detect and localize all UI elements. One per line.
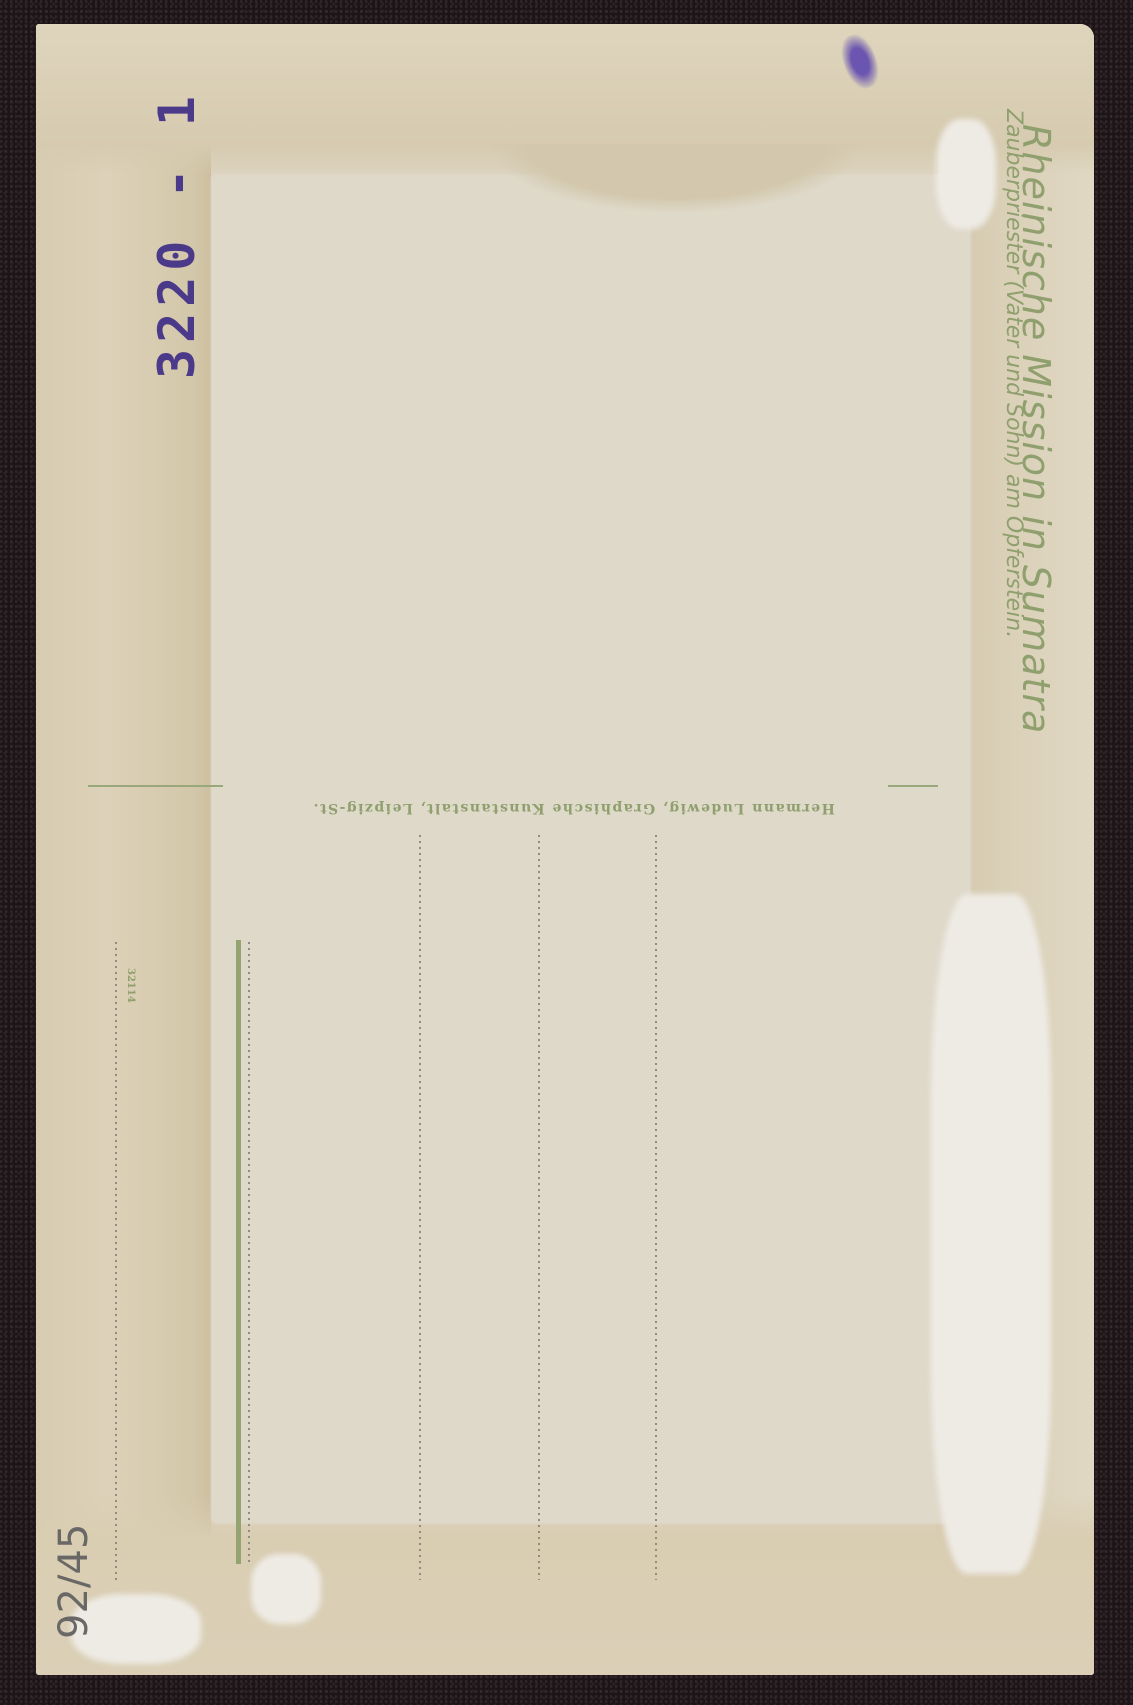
inventory-number: 3220 - 1: [148, 90, 206, 379]
ink-smudge: [836, 30, 885, 93]
address-line: [538, 833, 540, 1580]
age-stain: [36, 1494, 1094, 1675]
dotted-line: [248, 940, 250, 1564]
publisher-line: Hermann Ludewig, Graphische Kunstanstalt…: [236, 800, 911, 816]
dotted-line: [115, 940, 117, 1580]
serial-number: 32114: [125, 968, 136, 1003]
postcard-caption: Zauberpriester (Vater und Sohn) am Opfer…: [1001, 109, 1026, 638]
pencil-note: 92/45: [51, 1524, 97, 1639]
paper-tear: [931, 894, 1051, 1574]
message-divider-line: [236, 940, 241, 1564]
postcard: Rheinische Mission in Sumatra Zauberprie…: [36, 24, 1094, 1675]
paper-tear: [936, 119, 996, 229]
paper-tear: [251, 1554, 321, 1624]
divider-rule: [88, 785, 223, 787]
address-line: [655, 833, 657, 1580]
adhesive-residue-panel: [211, 174, 971, 1524]
divider-rule: [888, 785, 938, 787]
address-line: [419, 833, 421, 1580]
age-stain: [486, 144, 866, 214]
